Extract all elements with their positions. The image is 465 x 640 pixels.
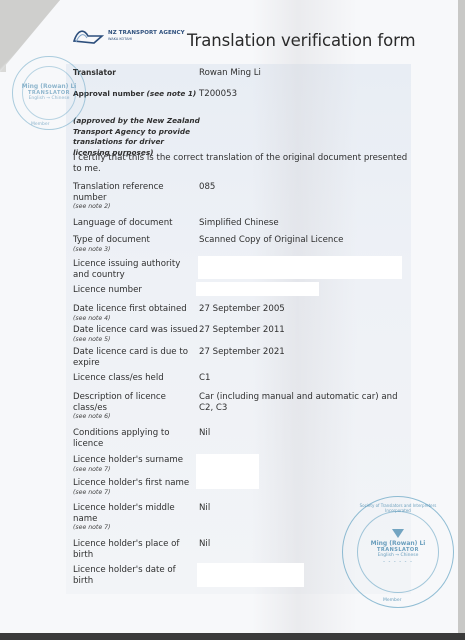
- field-label: Licence holder's date of birth: [73, 565, 198, 586]
- field-label: Conditions applying to licence: [73, 428, 198, 449]
- field-label: Description of licence class/es: [73, 392, 166, 413]
- stamp-name: Ming (Rowan) Li: [343, 540, 453, 547]
- field-value: 27 September 2011: [199, 325, 409, 336]
- field-label: Licence holder's place of birth: [73, 539, 198, 560]
- field-value: 085: [199, 182, 409, 193]
- field-note: (see note 3): [73, 246, 198, 254]
- field-note: (see note 7): [73, 489, 198, 497]
- stamp-ring-text: Society of Translators and Interpreters …: [351, 503, 445, 513]
- scan-bottom-border: [0, 633, 465, 640]
- translator-label: Translator: [73, 68, 198, 79]
- stamp-member: Member: [383, 598, 402, 603]
- agency-subname: WAKA KOTAHI: [108, 38, 185, 42]
- translator-stamp: Ming (Rowan) Li TRANSLATOR English → Chi…: [342, 496, 454, 608]
- field-note: (see note 7): [73, 524, 198, 532]
- field-label: Licence number: [73, 285, 198, 296]
- field-note: (see note 5): [73, 336, 198, 344]
- field-label: Translation reference number: [73, 182, 164, 203]
- agency-name: NZ TRANSPORT AGENCY: [108, 31, 185, 37]
- field-label: Licence holder's first name: [73, 478, 189, 488]
- field-label: Licence issuing authority and country: [73, 259, 198, 280]
- field-note: (see note 6): [73, 413, 198, 421]
- nzta-logo-icon: [72, 27, 106, 45]
- field-value: C1: [199, 373, 409, 384]
- field-label: Date licence card was issued: [73, 325, 198, 335]
- field-label: Licence holder's middle name: [73, 503, 175, 524]
- redacted-date-of-birth: [197, 563, 304, 587]
- stamp-emblem-icon: [392, 529, 404, 538]
- field-value: 27 September 2021: [199, 347, 409, 358]
- page-title: Translation verification form: [187, 31, 415, 50]
- nzta-logo: NZ TRANSPORT AGENCY WAKA KOTAHI: [72, 27, 185, 45]
- approval-description: (approved by the New Zealand Transport A…: [73, 116, 203, 158]
- scan-edge: [458, 0, 465, 640]
- field-value: 27 September 2005: [199, 304, 409, 315]
- field-label: Type of document: [73, 235, 150, 245]
- certification-statement: I certify that this is the correct trans…: [73, 153, 413, 175]
- field-label: Licence class/es held: [73, 373, 198, 384]
- redacted-holder-names: [196, 454, 259, 489]
- field-note: (see note 4): [73, 315, 198, 323]
- translator-stamp-top: Ming (Rowan) Li TRANSLATOR English → Chi…: [12, 56, 86, 130]
- redacted-issuing-authority: [198, 256, 402, 279]
- redacted-licence-number: [196, 282, 319, 296]
- approval-note: (see note 1): [147, 89, 197, 98]
- field-note: (see note 2): [73, 203, 198, 211]
- field-value: Car (including manual and automatic car)…: [199, 392, 409, 413]
- approval-value: T200053: [199, 89, 409, 100]
- translator-value: Rowan Ming Li: [199, 68, 409, 79]
- field-value: Scanned Copy of Original Licence: [199, 235, 409, 246]
- field-value: Nil: [199, 428, 409, 439]
- field-label: Language of document: [73, 218, 198, 229]
- field-value: Simplified Chinese: [199, 218, 409, 229]
- field-label: Licence holder's surname: [73, 455, 183, 465]
- field-label: Date licence first obtained: [73, 304, 187, 314]
- field-note: (see note 7): [73, 466, 198, 474]
- field-label: Date licence card is due to expire: [73, 347, 198, 368]
